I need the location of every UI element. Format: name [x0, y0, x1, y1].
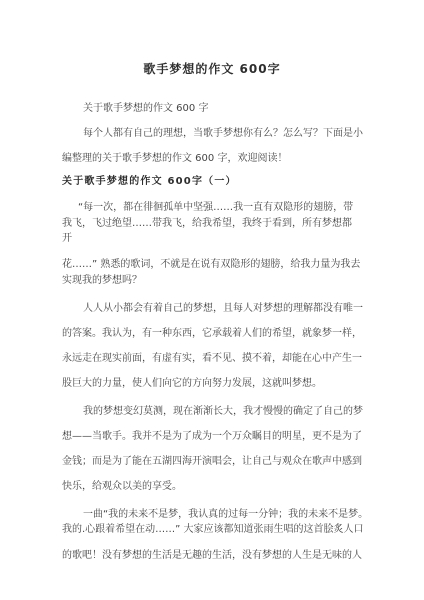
text-line: 一曲“我的未来不是梦，我认真的过每一分钟；我的未来不是梦。: [62, 507, 362, 523]
intro-paragraph: 每个人都有自己的理想，当歌手梦想你有么？怎么写？下面是小 编整理的关于歌手梦想的…: [62, 121, 362, 171]
text-line: 每个人都有自己的理想，当歌手梦想你有么？怎么写？下面是小: [62, 121, 362, 146]
subtitle-line: 关于歌手梦想的作文 600 字: [62, 96, 362, 121]
text-line: 我的梦想变幻莫测，现在渐渐长大，我才慢慢的确定了自己的梦: [62, 399, 362, 424]
paragraph-song-quote-cont: 的歌吧！没有梦想的生活是无趣的生活，没有梦想的人生是无味的人: [62, 543, 362, 568]
text-line: 人人从小都会有着自己的梦想，且每人对梦想的理解都没有唯一: [62, 296, 362, 321]
text-line: “每一次，都在徘徊孤单中坚强……我一直有双隐形的翅膀，带: [62, 200, 362, 216]
text-line: 花……” 熟悉的歌词，不就是在说有双隐形的翅膀，给我力量为我去: [62, 257, 362, 273]
text-line: 实现我的梦想吗？: [62, 273, 362, 289]
text-line: 的答案。我认为，有一种东西，它承载着人们的希望，就象梦一样，: [62, 321, 362, 346]
paragraph-lyrics-quote-cont: 花……” 熟悉的歌词，不就是在说有双隐形的翅膀，给我力量为我去 实现我的梦想吗？: [62, 257, 362, 288]
text-line: 开: [62, 231, 362, 247]
paragraph-lyrics-quote: “每一次，都在徘徊孤单中坚强……我一直有双隐形的翅膀，带 我飞，飞过绝望……带我…: [62, 200, 362, 247]
text-line: 金钱；而是为了能在五湖四海开演唱会，让自己与观众在歌声中感到: [62, 449, 362, 474]
section-heading: 关于歌手梦想的作文 600字（一）: [62, 169, 362, 194]
text-line: 我飞，飞过绝望……带我飞，给我希望，我终于看到，所有梦想都: [62, 216, 362, 232]
paragraph-song-quote: 一曲“我的未来不是梦，我认真的过每一分钟；我的未来不是梦。 我的.心跟着希望在动…: [62, 507, 362, 538]
text-line: 编整理的关于歌手梦想的作文 600 字，欢迎阅读！: [62, 146, 362, 171]
text-line: 的歌吧！没有梦想的生活是无趣的生活，没有梦想的人生是无味的人: [62, 543, 362, 568]
text-line: 想——当歌手。我并不是为了成为一个万众瞩目的明星，更不是为了: [62, 424, 362, 449]
paragraph-my-dream: 我的梦想变幻莫测，现在渐渐长大，我才慢慢的确定了自己的梦 想——当歌手。我并不是…: [62, 399, 362, 499]
paragraph-dream-definition: 人人从小都会有着自己的梦想，且每人对梦想的理解都没有唯一 的答案。我认为，有一种…: [62, 296, 362, 396]
document-page: 歌手梦想的作文 600字 关于歌手梦想的作文 600 字 每个人都有自己的理想，…: [0, 0, 424, 600]
text-line: 快乐，给观众以美的享受。: [62, 474, 362, 499]
text-line: 股巨大的力量，使人们向它的方向努力发展，这就叫梦想。: [62, 371, 362, 396]
text-line: 我的.心跟着希望在动……” 大家应该都知道张雨生唱的这首脍炙人口: [62, 522, 362, 538]
document-title: 歌手梦想的作文 600字: [62, 62, 362, 76]
text-line: 永远走在现实前面，有虚有实，看不见、摸不着，却能在心中产生一: [62, 346, 362, 371]
